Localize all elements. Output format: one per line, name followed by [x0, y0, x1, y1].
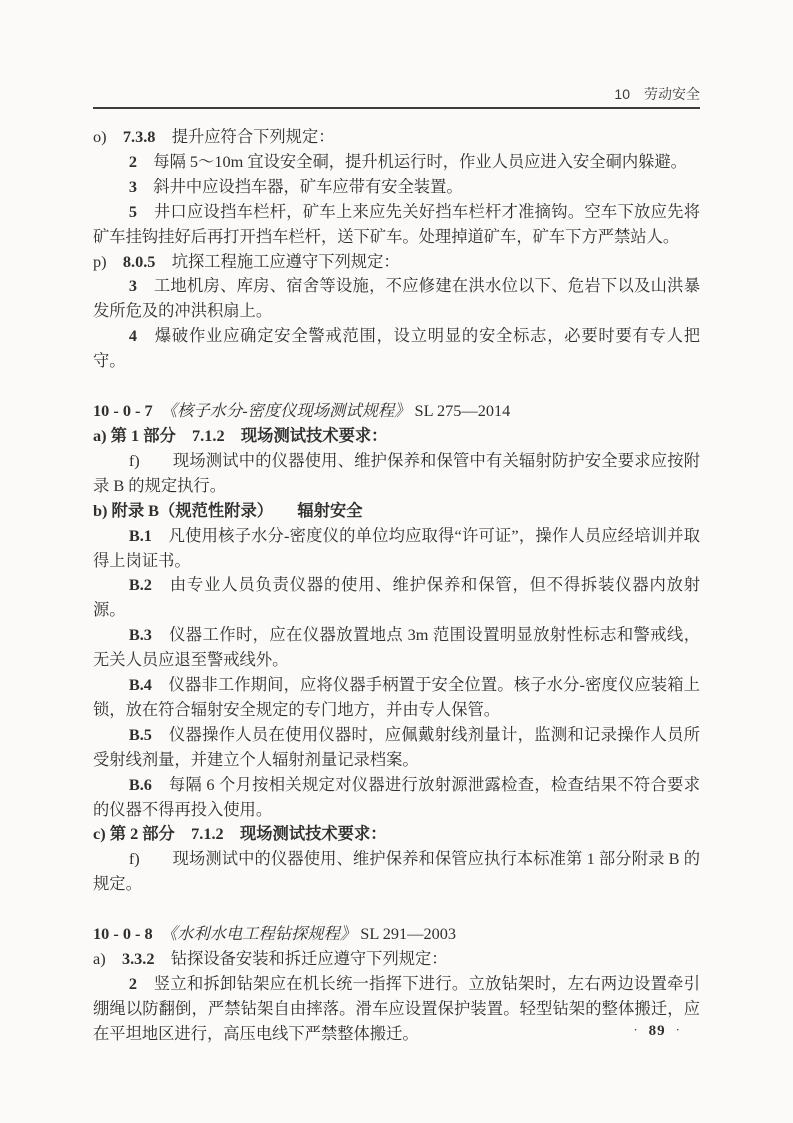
- footer-dot-left: ·: [633, 1022, 638, 1037]
- text-segment: f) 现场测试中的仪器使用、维护保养和保管应执行本标准第 1 部分附录 B 的规…: [93, 849, 700, 893]
- text-segment: B.4: [129, 675, 152, 694]
- text-segment: a): [93, 949, 122, 968]
- text-segment: B.2: [129, 575, 152, 594]
- paragraph: f) 现场测试中的仪器使用、维护保养和保管应执行本标准第 1 部分附录 B 的规…: [93, 847, 700, 897]
- text-segment: p): [93, 252, 123, 271]
- paragraph: f) 现场测试中的仪器使用、维护保养和保管中有关辐射防护安全要求应按附录 B 的…: [93, 449, 700, 499]
- text-segment: o): [93, 127, 123, 146]
- text-segment: 《水利水电工程钻探规程》: [169, 924, 356, 943]
- text-segment: 2: [129, 152, 137, 171]
- paragraph: B.4 仪器非工作期间，应将仪器手柄置于安全位置。核子水分-密度仪应装箱上锁，放…: [93, 673, 700, 723]
- paragraph: b) 附录 B（规范性附录） 辐射安全: [93, 499, 700, 524]
- paragraph: B.1 凡使用核子水分-密度仪的单位均应取得“许可证”，操作人员应经培训并取得上…: [93, 524, 700, 574]
- text-segment: SL 275—2014: [410, 401, 510, 420]
- paragraph: 3 工地机房、库房、宿舍等设施，不应修建在洪水位以下、危岩下以及山洪暴发所危及的…: [93, 274, 700, 324]
- text-segment: 10 - 0 - 8: [93, 924, 169, 943]
- text-segment: 3.3.2: [122, 949, 155, 968]
- text-segment: 10 - 0 - 7: [93, 401, 169, 420]
- text-segment: f) 现场测试中的仪器使用、维护保养和保管中有关辐射防护安全要求应按附录 B 的…: [93, 451, 700, 495]
- paragraph: B.5 仪器操作人员在使用仪器时，应佩戴射线剂量计，监测和记录操作人员所受射线剂…: [93, 723, 700, 773]
- text-segment: 5: [129, 202, 137, 221]
- chapter-number: 10: [614, 84, 630, 104]
- text-segment: 提升应符合下列规定：: [155, 127, 334, 146]
- paragraph: 2 竖立和拆卸钻架应在机长统一指挥下进行。立放钻架时，左右两边设置牵引绷绳以防翻…: [93, 972, 700, 1047]
- page-number: 89: [649, 1023, 666, 1039]
- paragraph: 10 - 0 - 8 《水利水电工程钻探规程》 SL 291—2003: [93, 922, 700, 947]
- paragraph: 4 爆破作业应确定安全警戒范围，设立明显的安全标志，必要时要有专人把守。: [93, 324, 700, 374]
- paragraph: 5 井口应设挡车栏杆，矿车上来应先关好挡车栏杆才准摘钩。空车下放应先将矿车挂钩挂…: [93, 200, 700, 250]
- paragraph: 2 每隔 5～10m 宜设安全硐，提升机运行时，作业人员应进入安全硐内躲避。: [93, 150, 700, 175]
- document-body: o) 7.3.8 提升应符合下列规定：2 每隔 5～10m 宜设安全硐，提升机运…: [93, 125, 700, 1047]
- text-segment: b) 附录 B（规范性附录） 辐射安全: [93, 501, 363, 520]
- paragraph: 10 - 0 - 7 《核子水分-密度仪现场测试规程》 SL 275—2014: [93, 399, 700, 424]
- text-segment: 工地机房、库房、宿舍等设施，不应修建在洪水位以下、危岩下以及山洪暴发所危及的冲洪…: [93, 276, 700, 320]
- text-segment: a) 第 1 部分 7.1.2 现场测试技术要求：: [93, 426, 387, 445]
- text-segment: B.3: [129, 625, 152, 644]
- text-segment: B.1: [129, 526, 152, 545]
- text-segment: 竖立和拆卸钻架应在机长统一指挥下进行。立放钻架时，左右两边设置牵引绷绳以防翻倒，…: [93, 974, 700, 1043]
- document-page: 10 劳动安全 o) 7.3.8 提升应符合下列规定：2 每隔 5～10m 宜设…: [0, 0, 793, 1123]
- text-segment: 2: [129, 974, 137, 993]
- paragraph: a) 第 1 部分 7.1.2 现场测试技术要求：: [93, 424, 700, 449]
- page-footer: ·89·: [633, 1022, 681, 1040]
- text-segment: 仪器操作人员在使用仪器时，应佩戴射线剂量计，监测和记录操作人员所受射线剂量，并建…: [93, 725, 700, 769]
- text-segment: 坑探工程施工应遵守下列规定：: [155, 252, 399, 271]
- text-segment: 爆破作业应确定安全警戒范围，设立明显的安全标志，必要时要有专人把守。: [93, 326, 700, 370]
- text-segment: 仪器非工作期间，应将仪器手柄置于安全位置。核子水分-密度仪应装箱上锁，放在符合辐…: [93, 675, 700, 719]
- text-segment: 3: [129, 276, 137, 295]
- text-segment: 井口应设挡车栏杆，矿车上来应先关好挡车栏杆才准摘钩。空车下放应先将矿车挂钩挂好后…: [93, 202, 700, 246]
- paragraph: a) 3.3.2 钻探设备安装和拆迁应遵守下列规定：: [93, 947, 700, 972]
- text-segment: 斜井中应设挡车器，矿车应带有安全装置。: [137, 177, 463, 196]
- paragraph: p) 8.0.5 坑探工程施工应遵守下列规定：: [93, 250, 700, 275]
- page-header: 10 劳动安全: [93, 84, 700, 109]
- chapter-title: 劳动安全: [644, 84, 700, 104]
- text-segment: 每隔 6 个月按相关规定对仪器进行放射源泄露检查，检查结果不符合要求的仪器不得再…: [93, 775, 700, 819]
- text-segment: 8.0.5: [123, 252, 156, 271]
- text-segment: 每隔 5～10m 宜设安全硐，提升机运行时，作业人员应进入安全硐内躲避。: [137, 152, 687, 171]
- text-segment: B.5: [129, 725, 152, 744]
- text-segment: SL 291—2003: [356, 924, 456, 943]
- paragraph: 3 斜井中应设挡车器，矿车应带有安全装置。: [93, 175, 700, 200]
- text-segment: 仪器工作时，应在仪器放置地点 3m 范围设置明显放射性标志和警戒线，无关人员应退…: [93, 625, 700, 669]
- text-segment: 3: [129, 177, 137, 196]
- text-segment: 由专业人员负责仪器的使用、维护保养和保管，但不得拆装仪器内放射源。: [93, 575, 700, 619]
- paragraph: o) 7.3.8 提升应符合下列规定：: [93, 125, 700, 150]
- paragraph: B.2 由专业人员负责仪器的使用、维护保养和保管，但不得拆装仪器内放射源。: [93, 573, 700, 623]
- text-segment: 7.3.8: [123, 127, 156, 146]
- paragraph: c) 第 2 部分 7.1.2 现场测试技术要求：: [93, 822, 700, 847]
- text-segment: 钻探设备安装和拆迁应遵守下列规定：: [155, 949, 448, 968]
- text-segment: 4: [129, 326, 137, 345]
- text-segment: 《核子水分-密度仪现场测试规程》: [169, 401, 411, 420]
- paragraph: B.6 每隔 6 个月按相关规定对仪器进行放射源泄露检查，检查结果不符合要求的仪…: [93, 773, 700, 823]
- text-segment: c) 第 2 部分 7.1.2 现场测试技术要求：: [93, 824, 387, 843]
- text-segment: B.6: [129, 775, 152, 794]
- footer-dot-right: ·: [676, 1022, 681, 1037]
- paragraph: B.3 仪器工作时，应在仪器放置地点 3m 范围设置明显放射性标志和警戒线，无关…: [93, 623, 700, 673]
- text-segment: 凡使用核子水分-密度仪的单位均应取得“许可证”，操作人员应经培训并取得上岗证书。: [93, 526, 700, 570]
